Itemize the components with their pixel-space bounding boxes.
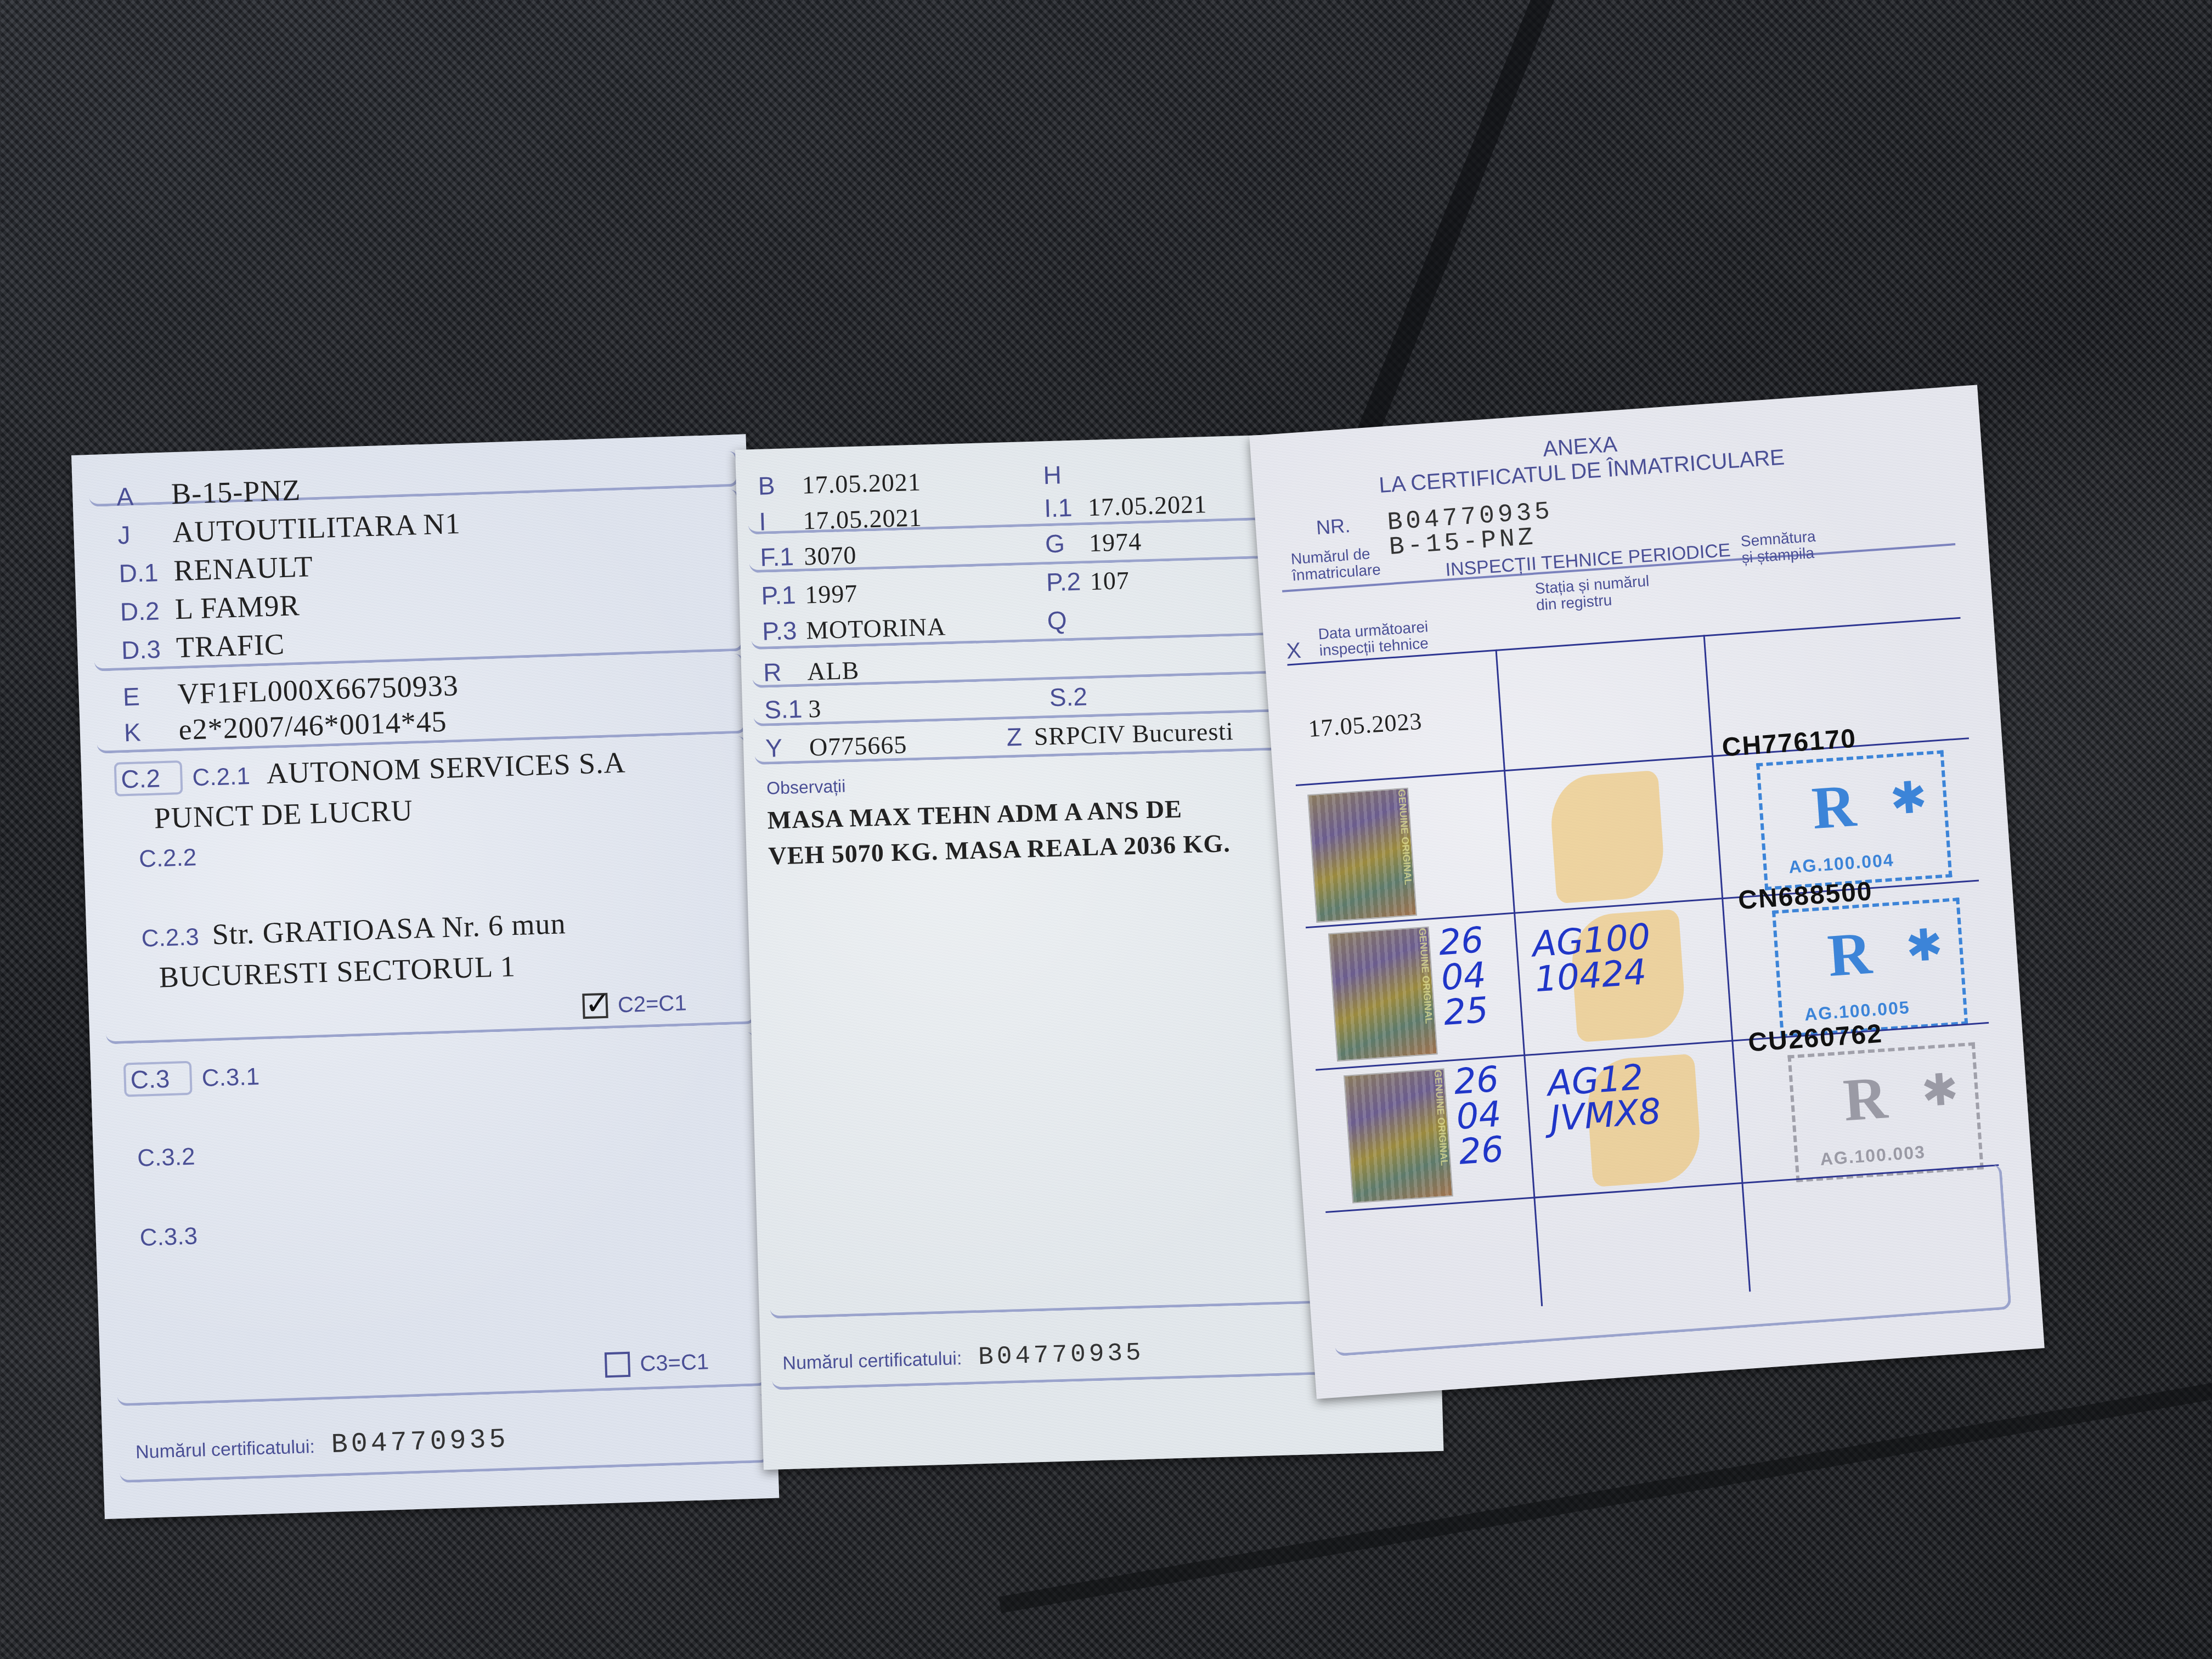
field-p1: P.1 1997 bbox=[761, 578, 858, 611]
field-label: E bbox=[122, 680, 178, 712]
fabric-seam bbox=[1341, 0, 1588, 476]
annex-page: ANEXA LA CERTIFICATUL DE ÎNMATRICULARE N… bbox=[1249, 385, 2045, 1399]
field-i1: I.1 17.05.2021 bbox=[1043, 489, 1207, 523]
certificate-number-label: Numărul certificatului: bbox=[782, 1348, 962, 1374]
vehicle-model: TRAFIC bbox=[176, 627, 285, 664]
field-p2: P.2 107 bbox=[1046, 565, 1130, 597]
field-b: B 17.05.2021 bbox=[758, 467, 921, 501]
station-column-header: Stația și numărul din registru bbox=[1534, 573, 1651, 613]
field-d3: D.3 TRAFIC bbox=[121, 627, 285, 666]
field-q: Q bbox=[1047, 605, 1091, 635]
next-inspection-date: 17.05.2023 bbox=[1307, 707, 1423, 743]
section-label: C.3 bbox=[123, 1061, 193, 1097]
field-label: P.3 bbox=[762, 616, 806, 646]
field-c31: C.3 C.3.1 bbox=[123, 1059, 260, 1097]
seat-count: 3 bbox=[808, 694, 821, 724]
field-y-value: O775665 bbox=[809, 730, 907, 761]
vehicle-color: ALB bbox=[807, 656, 860, 686]
hologram-sticker: GENUINE ORIGINAL bbox=[1344, 1068, 1453, 1203]
field-h: H bbox=[1043, 459, 1087, 490]
field-label: C.3.3 bbox=[139, 1222, 198, 1251]
stamp-code: AG.100.003 bbox=[1819, 1142, 1926, 1170]
field-label: P.1 bbox=[761, 580, 805, 611]
star-icon: ✱ bbox=[1888, 771, 1928, 825]
inspection-row: GENUINE ORIGINAL 26 04 26 AG12 JVMX8 CU2… bbox=[1249, 385, 1977, 436]
registration-number-label: Numărul de înmatriculare bbox=[1290, 545, 1381, 584]
handwritten-station: AG100 10424 bbox=[1531, 915, 1711, 997]
field-label: R bbox=[763, 657, 808, 687]
field-s1: S.1 3 bbox=[764, 693, 821, 725]
field-label: Y bbox=[765, 732, 809, 763]
star-icon: ✱ bbox=[1920, 1063, 1960, 1116]
station-stamp: R ✱ AG.100.003 bbox=[1787, 1042, 1983, 1182]
field-label: F.1 bbox=[760, 541, 804, 572]
observations-label-row: Observații bbox=[766, 776, 846, 799]
station-stamp-mark bbox=[1548, 770, 1667, 904]
vehicle-make: RENAULT bbox=[173, 549, 314, 588]
itp-number: CH776170 bbox=[1721, 724, 1858, 763]
issuing-authority: SRPCIV Bucuresti bbox=[1034, 716, 1234, 751]
r-logo-icon: R bbox=[1810, 771, 1858, 843]
field-c22: C.2.2 bbox=[138, 844, 197, 873]
field-label: B bbox=[758, 470, 802, 501]
field-i: I 17.05.2021 bbox=[759, 503, 922, 537]
field-z: Z SRPCIV Bucuresti bbox=[1006, 716, 1234, 752]
checkbox-checked-icon[interactable] bbox=[582, 993, 608, 1019]
station-stamp: R ✱ AG.100.004 bbox=[1756, 750, 1952, 890]
field-label: I.1 bbox=[1043, 492, 1088, 523]
column-x-label: X bbox=[1285, 639, 1302, 664]
field-label: S.1 bbox=[764, 693, 808, 724]
checkbox-unchecked-icon[interactable] bbox=[605, 1352, 630, 1378]
field-label: H bbox=[1043, 459, 1087, 490]
field-label: G bbox=[1045, 528, 1089, 558]
signature-column-header: Semnătura și ștampila bbox=[1740, 528, 1818, 566]
section-label: C.2 bbox=[114, 760, 183, 797]
annex-nr-label: NR. bbox=[1316, 511, 1389, 539]
service-mass: 1974 bbox=[1088, 527, 1142, 557]
fuel-type: MOTORINA bbox=[805, 612, 946, 645]
registration-page-owner: A B-15-PNZ J AUTOUTILITARA N1 D.1 RENAUL… bbox=[71, 434, 779, 1519]
certificate-number-label: Numărul certificatului: bbox=[136, 1436, 315, 1463]
engine-power: 107 bbox=[1090, 566, 1130, 596]
max-mass: 3070 bbox=[804, 540, 857, 571]
field-label: C.3.2 bbox=[137, 1143, 196, 1172]
handwritten-station: AG12 JVMX8 bbox=[1547, 1054, 1726, 1137]
checkbox-label: C2=C1 bbox=[617, 991, 687, 1018]
first-registration-date: 17.05.2021 bbox=[802, 467, 921, 500]
field-d1: D.1 RENAULT bbox=[119, 549, 314, 589]
field-label: D.2 bbox=[120, 595, 176, 627]
field-label: Q bbox=[1047, 605, 1091, 635]
field-r: R ALB bbox=[763, 655, 860, 687]
field-label: C.2.3 bbox=[141, 923, 200, 952]
field-d2: D.2 L FAM9R bbox=[120, 588, 300, 628]
field-label: C.2.2 bbox=[138, 844, 197, 873]
r-logo-icon: R bbox=[1826, 918, 1874, 991]
field-s2: S.2 bbox=[1049, 681, 1093, 712]
field-label: C.3.1 bbox=[201, 1063, 260, 1092]
certificate-number: B04770935 bbox=[978, 1339, 1145, 1372]
field-label: P.2 bbox=[1046, 566, 1090, 597]
field-label: J bbox=[117, 518, 173, 550]
field-y: Y O775665 bbox=[765, 729, 907, 763]
hologram-sticker: GENUINE ORIGINAL bbox=[1307, 788, 1417, 923]
field-c32: C.3.2 bbox=[137, 1143, 196, 1172]
vehicle-type: L FAM9R bbox=[174, 588, 300, 626]
engine-capacity: 1997 bbox=[805, 579, 858, 610]
field-p3: P.3 MOTORINA bbox=[762, 611, 946, 646]
field-c33: C.3.3 bbox=[139, 1222, 198, 1251]
handwritten-next-date: 26 04 26 bbox=[1453, 1061, 1515, 1170]
c3-equals-c1-checkbox[interactable]: C3=C1 bbox=[605, 1349, 709, 1378]
observations-label: Observații bbox=[766, 776, 846, 799]
field-g: G 1974 bbox=[1045, 526, 1142, 558]
inspection-row: GENUINE ORIGINAL CH776170 R ✱ AG.100.004 bbox=[1249, 385, 1977, 436]
hologram-sticker: GENUINE ORIGINAL bbox=[1328, 927, 1438, 1062]
field-label: I bbox=[759, 506, 803, 537]
field-f1: F.1 3070 bbox=[760, 540, 857, 572]
c2-equals-c1-checkbox[interactable]: C2=C1 bbox=[582, 990, 687, 1019]
field-label: D.1 bbox=[119, 557, 174, 588]
registration-date: 17.05.2021 bbox=[803, 503, 922, 535]
field-label: Z bbox=[1006, 721, 1034, 752]
r-logo-icon: R bbox=[1841, 1063, 1889, 1135]
field-label: K bbox=[123, 716, 179, 747]
field-label: S.2 bbox=[1049, 681, 1093, 712]
certificate-number: B04770935 bbox=[331, 1424, 510, 1461]
checkbox-label: C3=C1 bbox=[640, 1350, 709, 1376]
star-icon: ✱ bbox=[1904, 919, 1944, 972]
inspection-row: GENUINE ORIGINAL 26 04 25 AG100 10424 CN… bbox=[1249, 385, 1977, 436]
field-label: D.3 bbox=[121, 634, 177, 665]
next-date-column-header: Data următoarei inspecții tehnice bbox=[1318, 618, 1430, 659]
stamp-code: AG.100.004 bbox=[1788, 850, 1895, 877]
handwritten-next-date: 26 04 25 bbox=[1437, 922, 1499, 1031]
station-stamp: R ✱ AG.100.005 bbox=[1772, 898, 1968, 1037]
certificate-issue-date: 17.05.2021 bbox=[1087, 489, 1207, 522]
field-label: C.2.1 bbox=[192, 763, 251, 792]
